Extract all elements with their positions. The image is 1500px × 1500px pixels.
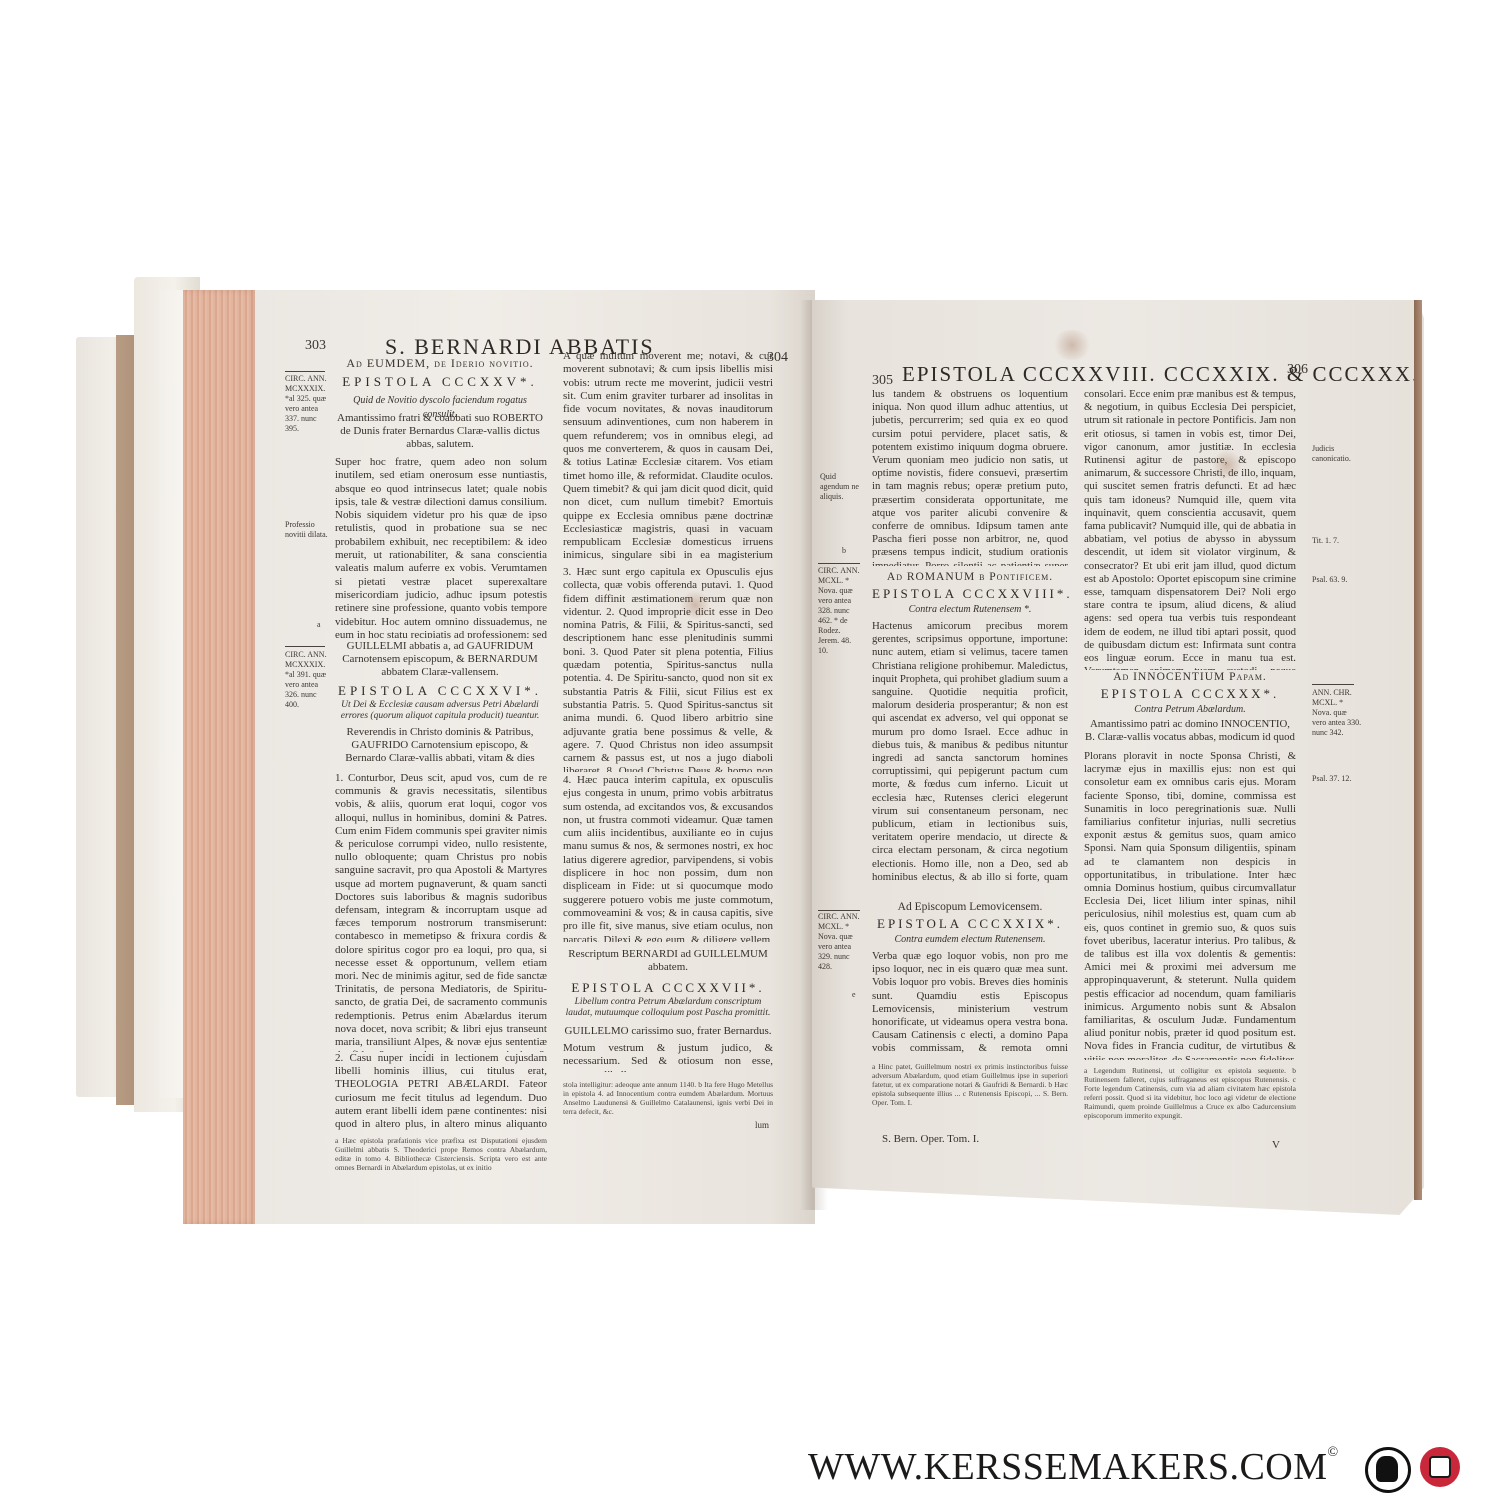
running-head: EPISTOLA CCCXXVIII. CCCXXIX. & CCCXXX. — [902, 362, 1419, 387]
catchword: lum — [755, 1120, 769, 1130]
epistola-title: EPISTOLA CCCXXVII*. — [563, 980, 773, 996]
letter-body: Motum vestrum & justum judico, & necessa… — [563, 1042, 773, 1072]
letter-body: 4. Hæc pauca interim capitula, ex opuscu… — [563, 774, 773, 942]
margin-rule — [1312, 684, 1354, 685]
footnote: stola intelligitur: adeoque ante annum 1… — [563, 1080, 773, 1118]
margin-note: e — [852, 990, 862, 1000]
letter-body: Super hoc fratre, quem adeo non solum in… — [335, 456, 547, 638]
foxing-stain — [1212, 450, 1242, 480]
epistola-subtitle: Libellum contra Petrum Abælardum conscri… — [563, 997, 773, 1021]
footnote: a Legendum Rutinensi, ut colligitur ex e… — [1084, 1066, 1296, 1132]
margin-note: a — [317, 620, 327, 630]
margin-note: Psal. 63. 9. — [1312, 575, 1362, 585]
margin-rule — [285, 371, 325, 372]
footnote: a Hæc epistola præfationis vice præfixa … — [335, 1136, 547, 1174]
letter-body: lus tandem & obstruens os loquentium ini… — [872, 388, 1068, 566]
footnote: a Hinc patet, Guillelmum nostri ex primi… — [872, 1062, 1068, 1130]
foxing-stain — [1052, 330, 1092, 360]
letter-body: 3. Hæc sunt ergo capitula ex Opusculis e… — [563, 566, 773, 772]
letter-body: Verba quæ ego loquor vobis, non pro me i… — [872, 950, 1068, 1056]
address: GUILLELMI abbatis a, ad GAUFRIDUM Carnot… — [335, 640, 545, 680]
left-page: 303 S. BERNARDI ABBATIS 304 CIRC. ANN. M… — [255, 290, 815, 1224]
letter-body: 1. Conturbor, Deus scit, apud vos, cum d… — [335, 772, 547, 1052]
epistola-subtitle: Contra electum Rutenensem *. — [872, 603, 1068, 617]
salutation: Amantissimo fratri & coabbati suo ROBERT… — [335, 412, 545, 452]
letter-body: Hactenus amicorum precibus morem gerente… — [872, 620, 1068, 884]
margin-note: Quid agendum ne aliquis. — [820, 472, 864, 502]
epistola-title: EPISTOLA CCCXXIX*. — [872, 916, 1068, 932]
margin-note: CIRC. ANN. MCXL. * Nova. quæ vero antea … — [818, 566, 862, 656]
epistola-subtitle: Contra Petrum Abælardum. — [1084, 703, 1296, 717]
signature-mark: V — [1272, 1138, 1280, 1152]
letter-body: consolari. Ecce enim præ manibus est & t… — [1084, 388, 1296, 670]
epistola-subtitle: Ut Dei & Ecclesiæ causam adversus Petri … — [335, 700, 545, 724]
salutation: Reverendis in Christo dominis & Patribus… — [335, 726, 545, 766]
margin-rule — [285, 646, 325, 647]
letter-body: 2. Casu nuper incidi in lectionem cujusd… — [335, 1052, 547, 1132]
salutation: GUILLELMO carissimo suo, frater Bernardu… — [563, 1024, 773, 1038]
epistola-subtitle: Contra eumdem electum Rutenensem. — [872, 933, 1068, 947]
epistola-title: EPISTOLA CCCXXV*. — [335, 374, 545, 390]
margin-note: CIRC. ANN. MCXL. * Nova. quæ vero antea … — [818, 912, 862, 972]
red-sprinkled-page-edge — [183, 290, 257, 1224]
page-number: 303 — [305, 338, 326, 354]
epistola-title: EPISTOLA CCCXXX*. — [1084, 686, 1296, 702]
margin-note: b — [842, 546, 852, 556]
foxing-stain — [680, 590, 710, 620]
margin-rule — [818, 910, 860, 911]
margin-note: Psal. 37. 12. — [1312, 774, 1362, 784]
margin-note: CIRC. ANN. MCXXXIX. *al 391. quæ vero an… — [285, 650, 329, 710]
address: Ad EUMDEM, de Iderio novitio. — [335, 356, 545, 370]
page-number: 305 — [872, 373, 893, 389]
copyright-mark: © — [1328, 1445, 1339, 1460]
margin-note: Tit. 1. 7. — [1312, 536, 1362, 546]
letter-body: A quæ multum moverent me; notavi, & cur … — [563, 350, 773, 564]
website-watermark: WWW.KERSSEMAKERS.COM© — [808, 1445, 1339, 1489]
page-number: 306 — [1287, 362, 1308, 378]
address: Ad Episcopum Lemovicensem. — [872, 900, 1068, 914]
salutation: Amantissimo patri ac domino INNOCENTIO, … — [1084, 718, 1296, 746]
address: Ad ROMANUM b Pontificem. — [872, 570, 1068, 584]
signature-line: S. Bern. Oper. Tom. I. — [882, 1132, 979, 1146]
margin-note: CIRC. ANN. MCXXXIX. *al 325. quæ vero an… — [285, 374, 329, 434]
address: Rescriptum BERNARDI ad GUILLELMUM abbate… — [563, 948, 773, 974]
letter-body: Plorans ploravit in nocte Sponsa Christi… — [1084, 750, 1296, 1060]
right-page: 305 EPISTOLA CCCXXVIII. CCCXXIX. & CCCXX… — [812, 300, 1424, 1215]
right-page-edge — [1414, 300, 1422, 1200]
margin-rule — [818, 563, 860, 564]
epistola-title: EPISTOLA CCCXXVIII*. — [872, 586, 1068, 602]
margin-note: Professio novitii dilata. — [285, 520, 329, 540]
margin-note: Judicis canonicatio. — [1312, 444, 1362, 464]
margin-note: ANN. CHR. MCXL. * Nova. quæ vero antea 3… — [1312, 688, 1362, 738]
epistola-title: EPISTOLA CCCXXVI*. — [335, 683, 545, 699]
nvva-seal-icon — [1365, 1447, 1411, 1493]
book-photograph: 303 S. BERNARDI ABBATIS 304 CIRC. ANN. M… — [0, 0, 1500, 1500]
address: Ad INNOCENTIUM Papam. — [1084, 670, 1296, 684]
ilab-seal-icon — [1420, 1447, 1460, 1487]
website-url: WWW.KERSSEMAKERS.COM — [808, 1446, 1328, 1488]
